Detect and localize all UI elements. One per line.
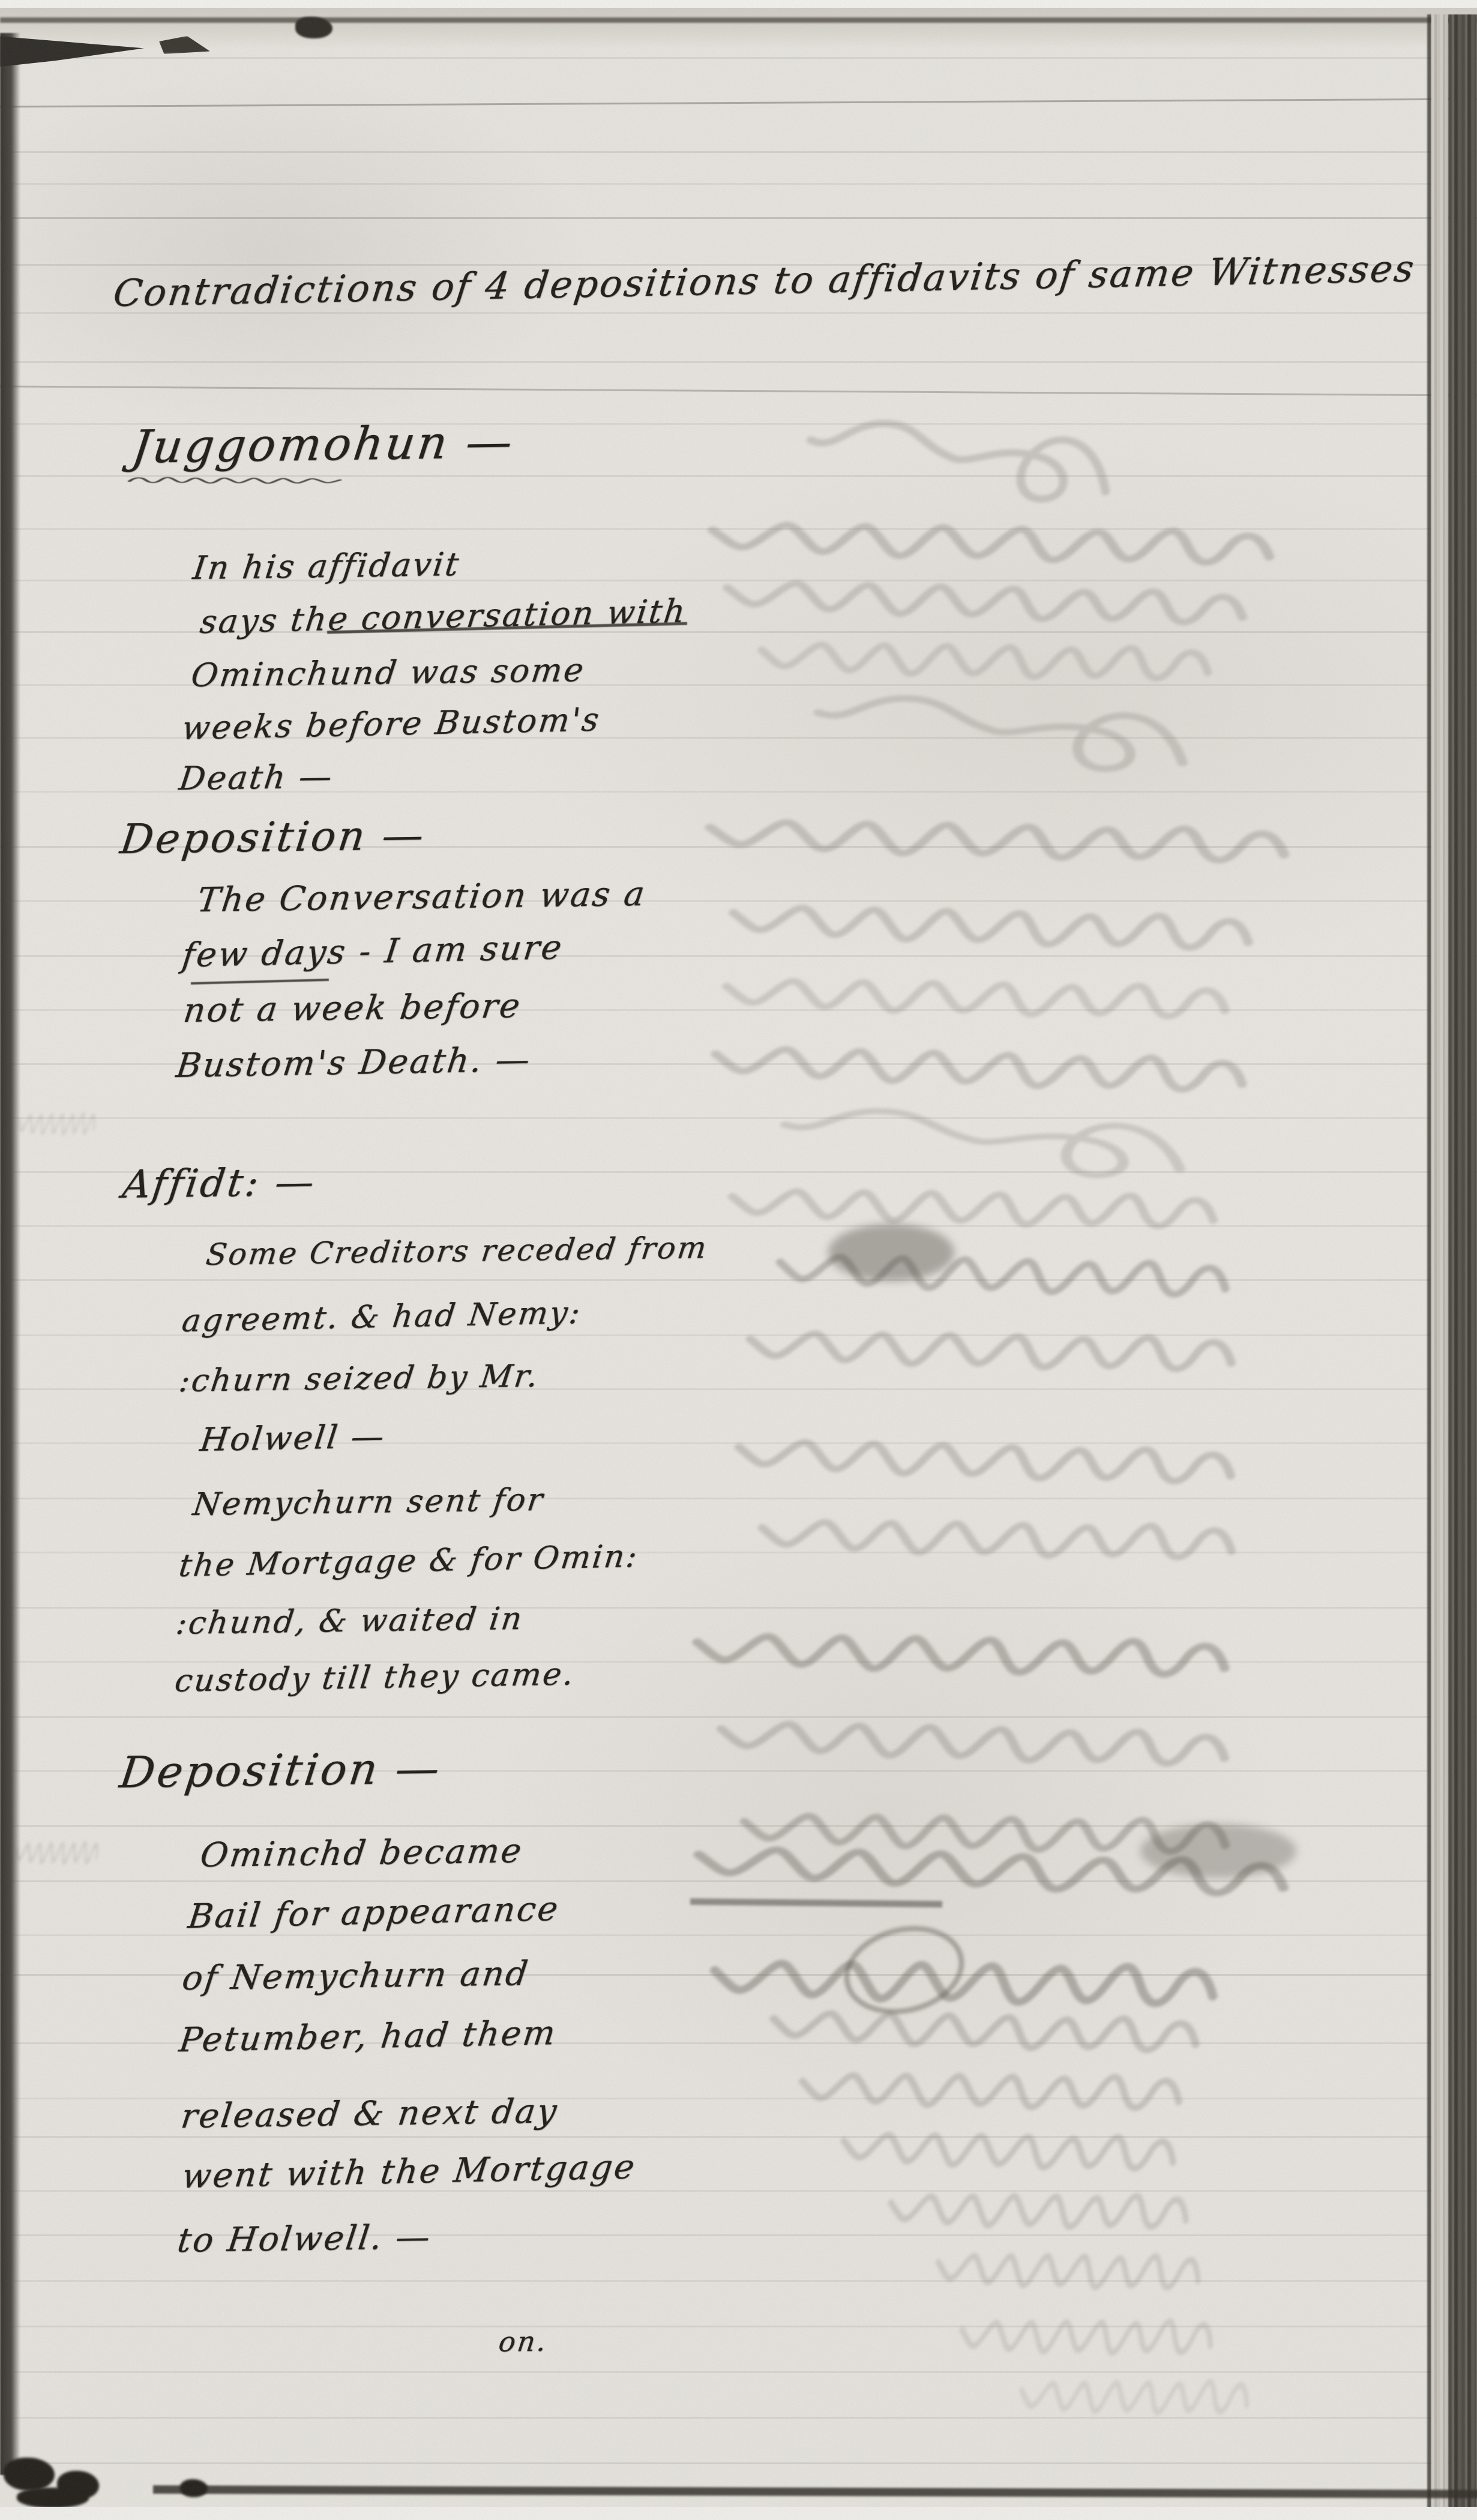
page-edge-gap bbox=[1431, 14, 1448, 2520]
manuscript-line: Bustom's Death. — bbox=[174, 1040, 534, 1085]
scan-artifact-blob bbox=[4, 2458, 55, 2491]
manuscript-line: not a week before bbox=[181, 986, 524, 1030]
ghost-text-line bbox=[791, 2053, 1190, 2123]
scan-artifact-blob bbox=[17, 2488, 89, 2508]
ghost-text-line bbox=[761, 1990, 1207, 2066]
section-heading-deposition-1: Deposition — bbox=[118, 812, 429, 863]
manuscript-line: Ominchund was some bbox=[189, 651, 588, 694]
section-heading-juggomohun: Juggomohun — bbox=[129, 415, 518, 473]
ghost-text-line bbox=[833, 2112, 1184, 2184]
manuscript-line: In his affidavit bbox=[191, 545, 463, 587]
ghost-text-line bbox=[767, 1233, 1237, 1310]
manuscript-line: Bail for appearance bbox=[186, 1889, 562, 1936]
ghost-text-line bbox=[696, 799, 1297, 876]
ghost-text-line bbox=[952, 2301, 1220, 2367]
manuscript-page: Contradictions of 4 depositions to affid… bbox=[0, 0, 1477, 2520]
manuscript-line: Petumber, had them bbox=[177, 2014, 559, 2060]
ghost-text-line bbox=[737, 1310, 1243, 1385]
binding-shadow-left bbox=[0, 33, 20, 2475]
ghost-text-line bbox=[928, 2233, 1208, 2302]
ghost-text-line bbox=[702, 1025, 1255, 1106]
ghost-text-line bbox=[720, 884, 1261, 964]
section-heading-affidavit: Affidt: — bbox=[120, 1160, 319, 1207]
ghost-text-line bbox=[880, 2174, 1196, 2242]
ghost-text-line bbox=[714, 560, 1255, 638]
manuscript-line: Ominchd became bbox=[198, 1832, 525, 1875]
manuscript-line: Some Creditors receded from bbox=[204, 1230, 710, 1272]
manuscript-line: to Holwell. — bbox=[175, 2218, 434, 2260]
right-margin-rule bbox=[1427, 14, 1431, 2520]
manuscript-line: custody till they came. bbox=[173, 1656, 577, 1699]
ghost-text-line bbox=[683, 1612, 1238, 1691]
ghost-text-line bbox=[798, 673, 1206, 788]
manuscript-line: :chund, & waited in bbox=[174, 1601, 526, 1642]
scan-bottom-edge bbox=[0, 2507, 1477, 2520]
scan-artifact-blob bbox=[180, 2479, 208, 2497]
manuscript-line: Nemychurn sent for bbox=[191, 1482, 546, 1523]
ghost-text-line bbox=[1012, 2362, 1256, 2426]
ghost-text-line bbox=[726, 1418, 1243, 1498]
scan-top-band bbox=[0, 8, 1477, 49]
ghost-text-line bbox=[708, 1700, 1237, 1780]
manuscript-line: :churn seized by Mr. bbox=[177, 1358, 541, 1399]
scan-artifact-blob bbox=[295, 17, 332, 38]
manuscript-line: Holwell — bbox=[198, 1417, 388, 1459]
heading-wavy-underline bbox=[127, 475, 343, 485]
ghost-text-line bbox=[790, 396, 1130, 520]
catchword: on. bbox=[497, 2325, 550, 2358]
manuscript-line: few days - I am sure bbox=[180, 928, 565, 975]
ghost-text-line bbox=[699, 501, 1282, 578]
binding-band-right bbox=[1448, 14, 1477, 2520]
ghost-text-line bbox=[11, 1831, 102, 1871]
manuscript-line: Death — bbox=[177, 757, 336, 797]
ghost-text-line bbox=[714, 958, 1237, 1031]
ghost-text-line bbox=[14, 1102, 99, 1142]
ghost-text-line bbox=[766, 1088, 1203, 1192]
manuscript-line: The Conversation was a bbox=[195, 875, 649, 920]
ghost-text-line bbox=[749, 622, 1219, 694]
ghost-text-line bbox=[749, 1499, 1243, 1573]
manuscript-line: of Nemychurn and bbox=[180, 1954, 532, 1998]
ghost-text-line bbox=[684, 1824, 1297, 1910]
ghost-text-line bbox=[700, 1936, 1226, 2021]
ghost-text-line bbox=[731, 1793, 1237, 1867]
top-dark-rule bbox=[0, 17, 1477, 23]
manuscript-line: released & next day bbox=[179, 2092, 561, 2136]
scan-top-edge bbox=[0, 0, 1477, 8]
ghost-text-line bbox=[720, 1169, 1226, 1241]
section-heading-deposition-2: Deposition — bbox=[117, 1743, 445, 1798]
